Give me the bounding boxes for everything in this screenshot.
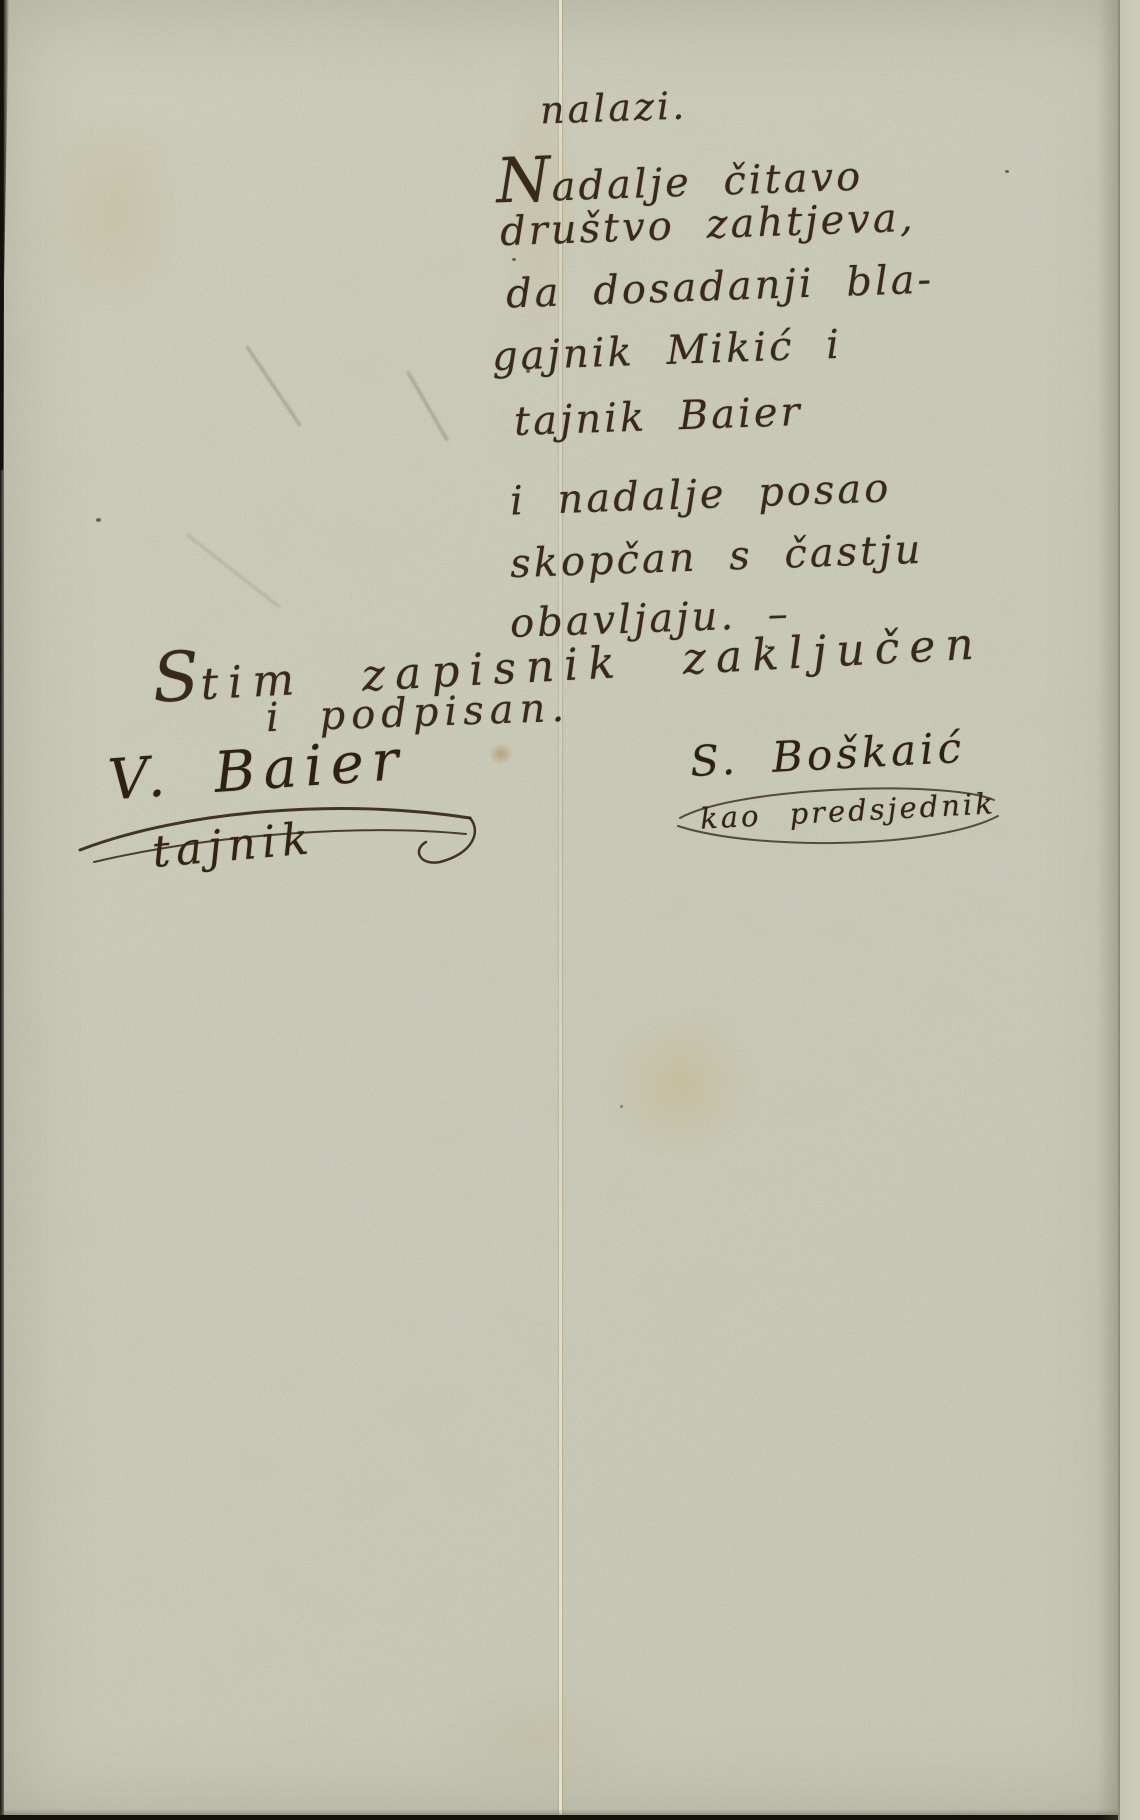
paper-stain bbox=[489, 744, 513, 764]
bleed-through-mark bbox=[406, 371, 449, 442]
document-page: nalazi. Nadalje čitavo društvo zahtjeva,… bbox=[0, 0, 1140, 1820]
manuscript-line: nalazi. bbox=[539, 83, 688, 132]
page-edge-shadow bbox=[1098, 0, 1118, 1820]
paper-stain bbox=[420, 1670, 650, 1800]
bleed-through-mark bbox=[186, 533, 281, 608]
signature-secretary-name: V. Baier bbox=[106, 728, 408, 814]
bleed-through-mark bbox=[245, 345, 301, 426]
closing-line: i podpisan. bbox=[265, 685, 570, 742]
manuscript-line: gajnik Mikić i bbox=[491, 322, 842, 380]
manuscript-line: skopčan s častju bbox=[509, 527, 924, 587]
signature-chairman-title: kao predsjednik bbox=[699, 786, 996, 835]
manuscript-line: da dosadanji bla- bbox=[505, 257, 934, 318]
ink-speck bbox=[512, 258, 516, 261]
signature-chairman-name: S. Boškaić bbox=[689, 723, 966, 786]
scan-edge bbox=[0, 0, 9, 470]
manuscript-line: i nadalje posao bbox=[509, 465, 892, 524]
signature-secretary-title: tajnik bbox=[150, 813, 316, 878]
ink-speck bbox=[620, 1105, 623, 1108]
underlying-page-strip bbox=[1120, 0, 1140, 1820]
paper-stain bbox=[598, 1008, 763, 1163]
paper-stain bbox=[40, 100, 190, 330]
scan-edge bbox=[0, 1815, 1140, 1820]
ink-speck bbox=[96, 518, 101, 522]
manuscript-line: tajnik Baier bbox=[513, 389, 803, 445]
ink-speck bbox=[1005, 170, 1009, 173]
